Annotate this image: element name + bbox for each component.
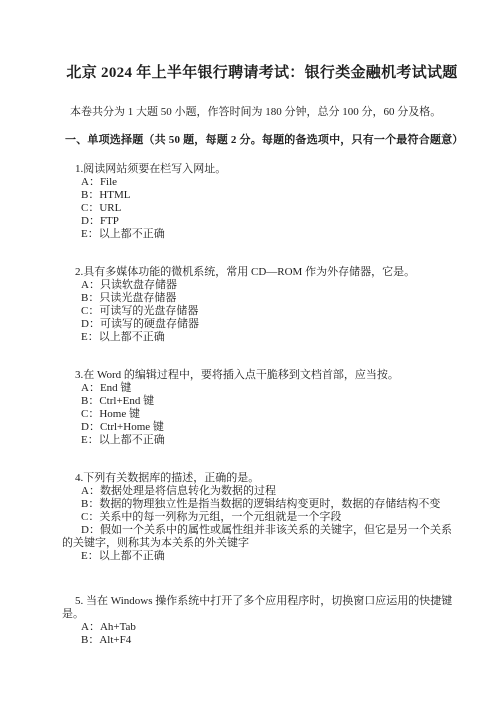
option-line: D：FTP — [62, 215, 462, 228]
option-line: B：Ctrl+End 键 — [62, 395, 462, 408]
option-line: E：以上都不正确 — [62, 434, 462, 447]
option-line: A：数据处理是将信息转化为数据的过程 — [62, 485, 462, 498]
option-line: A：File — [62, 176, 462, 189]
question-1: 1.阅读网站须要在栏写入网址。 A：File B：HTML C：URL D：FT… — [62, 163, 462, 241]
option-line: E：以上都不正确 — [62, 228, 462, 241]
option-line: C：关系中的每一列称为元组，一个元组就是一个字段 — [62, 511, 462, 524]
option-line: B：HTML — [62, 189, 462, 202]
question-stem: 4.下列有关数据库的描述，正确的是。 — [62, 472, 462, 485]
option-line: A：只读软盘存储器 — [62, 279, 462, 292]
option-line: C：Home 键 — [62, 408, 462, 421]
question-stem: 5. 当在 Windows 操作系统中打开了多个应用程序时，切换窗口应运用的快捷… — [62, 595, 462, 621]
option-line: B：数据的物理独立性是指当数据的逻辑结构变更时，数据的存储结构不变 — [62, 498, 462, 511]
option-line: D：可读写的硬盘存储器 — [62, 318, 462, 331]
question-5: 5. 当在 Windows 操作系统中打开了多个应用程序时，切换窗口应运用的快捷… — [62, 595, 462, 647]
question-3: 3.在 Word 的编辑过程中，要将插入点干脆移到文档首部，应当按。 A：End… — [62, 369, 462, 447]
option-line: D：假如一个关系中的属性或属性组并非该关系的关键字，但它是另一个关系的关键字，则… — [62, 524, 462, 550]
option-line: E：以上都不正确 — [62, 550, 462, 563]
option-line: D：Ctrl+Home 键 — [62, 421, 462, 434]
question-2: 2.具有多媒体功能的微机系统，常用 CD—ROM 作为外存储器，它是。 A：只读… — [62, 266, 462, 344]
question-stem: 3.在 Word 的编辑过程中，要将插入点干脆移到文档首部，应当按。 — [62, 369, 462, 382]
section-header: 一、单项选择题（共 50 题，每题 2 分。每题的备选项中，只有一个最符合题意） — [62, 134, 462, 147]
exam-intro: 本卷共分为 1 大题 50 小题，作答时间为 180 分钟，总分 100 分，6… — [62, 106, 462, 119]
option-line: B：Alt+F4 — [62, 634, 462, 647]
question-stem: 2.具有多媒体功能的微机系统，常用 CD—ROM 作为外存储器，它是。 — [62, 266, 462, 279]
option-line: C：URL — [62, 202, 462, 215]
option-line: A：End 键 — [62, 382, 462, 395]
question-4: 4.下列有关数据库的描述，正确的是。 A：数据处理是将信息转化为数据的过程 B：… — [62, 472, 462, 563]
question-stem: 1.阅读网站须要在栏写入网址。 — [62, 163, 462, 176]
option-line: A：Ah+Tab — [62, 621, 462, 634]
option-line: E：以上都不正确 — [62, 331, 462, 344]
option-line: B：只读光盘存储器 — [62, 292, 462, 305]
exam-title: 北京 2024 年上半年银行聘请考试：银行类金融机考试试题 — [62, 64, 462, 83]
exam-document-page: 北京 2024 年上半年银行聘请考试：银行类金融机考试试题 本卷共分为 1 大题… — [0, 0, 500, 707]
option-line: C：可读写的光盘存储器 — [62, 305, 462, 318]
